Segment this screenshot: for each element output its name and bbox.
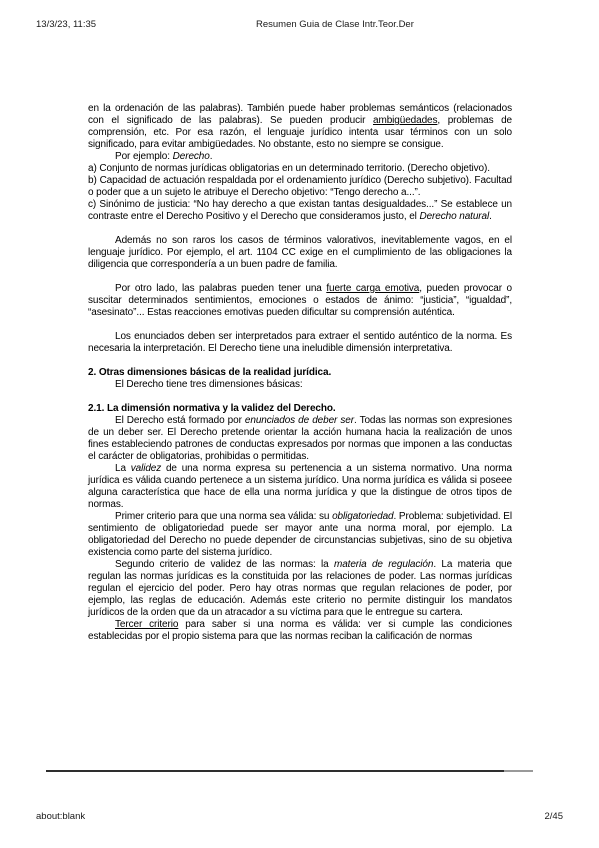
paragraph: El Derecho tiene tres dimensiones básica… [88, 379, 512, 391]
text-run: Derecho [173, 151, 210, 162]
text-run: . [489, 211, 492, 222]
text-run: Primer criterio para que una norma sea v… [115, 511, 332, 522]
paragraph: Los enunciados deben ser interpretados p… [88, 331, 512, 355]
section-heading: 2.1. La dimensión normativa y la validez… [88, 403, 512, 415]
text-run: Por otro lado, las palabras pueden tener… [115, 283, 326, 294]
text-run: Segundo criterio de validez de las norma… [115, 559, 334, 570]
text-run: Por ejemplo: [115, 151, 173, 162]
text-run: 2.1. La dimensión normativa y la validez… [88, 403, 336, 414]
text-run: b) Capacidad de actuación respaldada por… [88, 175, 512, 198]
text-run: validez [131, 463, 161, 474]
paragraph: c) Sinónimo de justicia: “No hay derecho… [88, 199, 512, 223]
paragraph: en la ordenación de las palabras). Tambi… [88, 103, 512, 151]
text-run: ambigüedades [373, 115, 437, 126]
paragraph: b) Capacidad de actuación respaldada por… [88, 175, 512, 199]
text-run: Derecho natural [419, 211, 489, 222]
paragraph: Por otro lado, las palabras pueden tener… [88, 283, 512, 319]
paragraph: Además no son raros los casos de término… [88, 235, 512, 271]
text-run: Tercer criterio [115, 619, 178, 630]
page-body: en la ordenación de las palabras). Tambi… [88, 103, 512, 643]
paragraph: Por ejemplo: Derecho. [88, 151, 512, 163]
footer-divider [46, 770, 533, 772]
paragraph: a) Conjunto de normas jurídicas obligato… [88, 163, 512, 175]
paragraph: El Derecho está formado por enunciados d… [88, 415, 512, 463]
footer-url: about:blank [36, 811, 85, 822]
print-header-date: 13/3/23, 11:35 [36, 19, 96, 30]
text-run: La [115, 463, 131, 474]
paragraph: Segundo criterio de validez de las norma… [88, 559, 512, 619]
footer-page-number: 2/45 [545, 811, 564, 822]
section-heading: 2. Otras dimensiones básicas de la reali… [88, 367, 512, 379]
text-run: El Derecho tiene tres dimensiones básica… [115, 379, 303, 390]
paragraph: La validez de una norma expresa su perte… [88, 463, 512, 511]
text-run: . [210, 151, 213, 162]
text-run: Los enunciados deben ser interpretados p… [88, 331, 512, 354]
text-run: materia de regulación [334, 559, 433, 570]
text-run: Además no son raros los casos de término… [88, 235, 512, 270]
print-header-title: Resumen Guia de Clase Intr.Teor.Der [256, 19, 414, 30]
text-run: obligatoriedad [332, 511, 393, 522]
paragraph: Primer criterio para que una norma sea v… [88, 511, 512, 559]
text-run: El Derecho está formado por [115, 415, 245, 426]
text-run: fuerte carga emotiva [326, 283, 419, 294]
text-run: enunciados de deber ser [245, 415, 354, 426]
paragraph: Tercer criterio para saber si una norma … [88, 619, 512, 643]
text-run: 2. Otras dimensiones básicas de la reali… [88, 367, 331, 378]
text-run: a) Conjunto de normas jurídicas obligato… [88, 163, 490, 174]
